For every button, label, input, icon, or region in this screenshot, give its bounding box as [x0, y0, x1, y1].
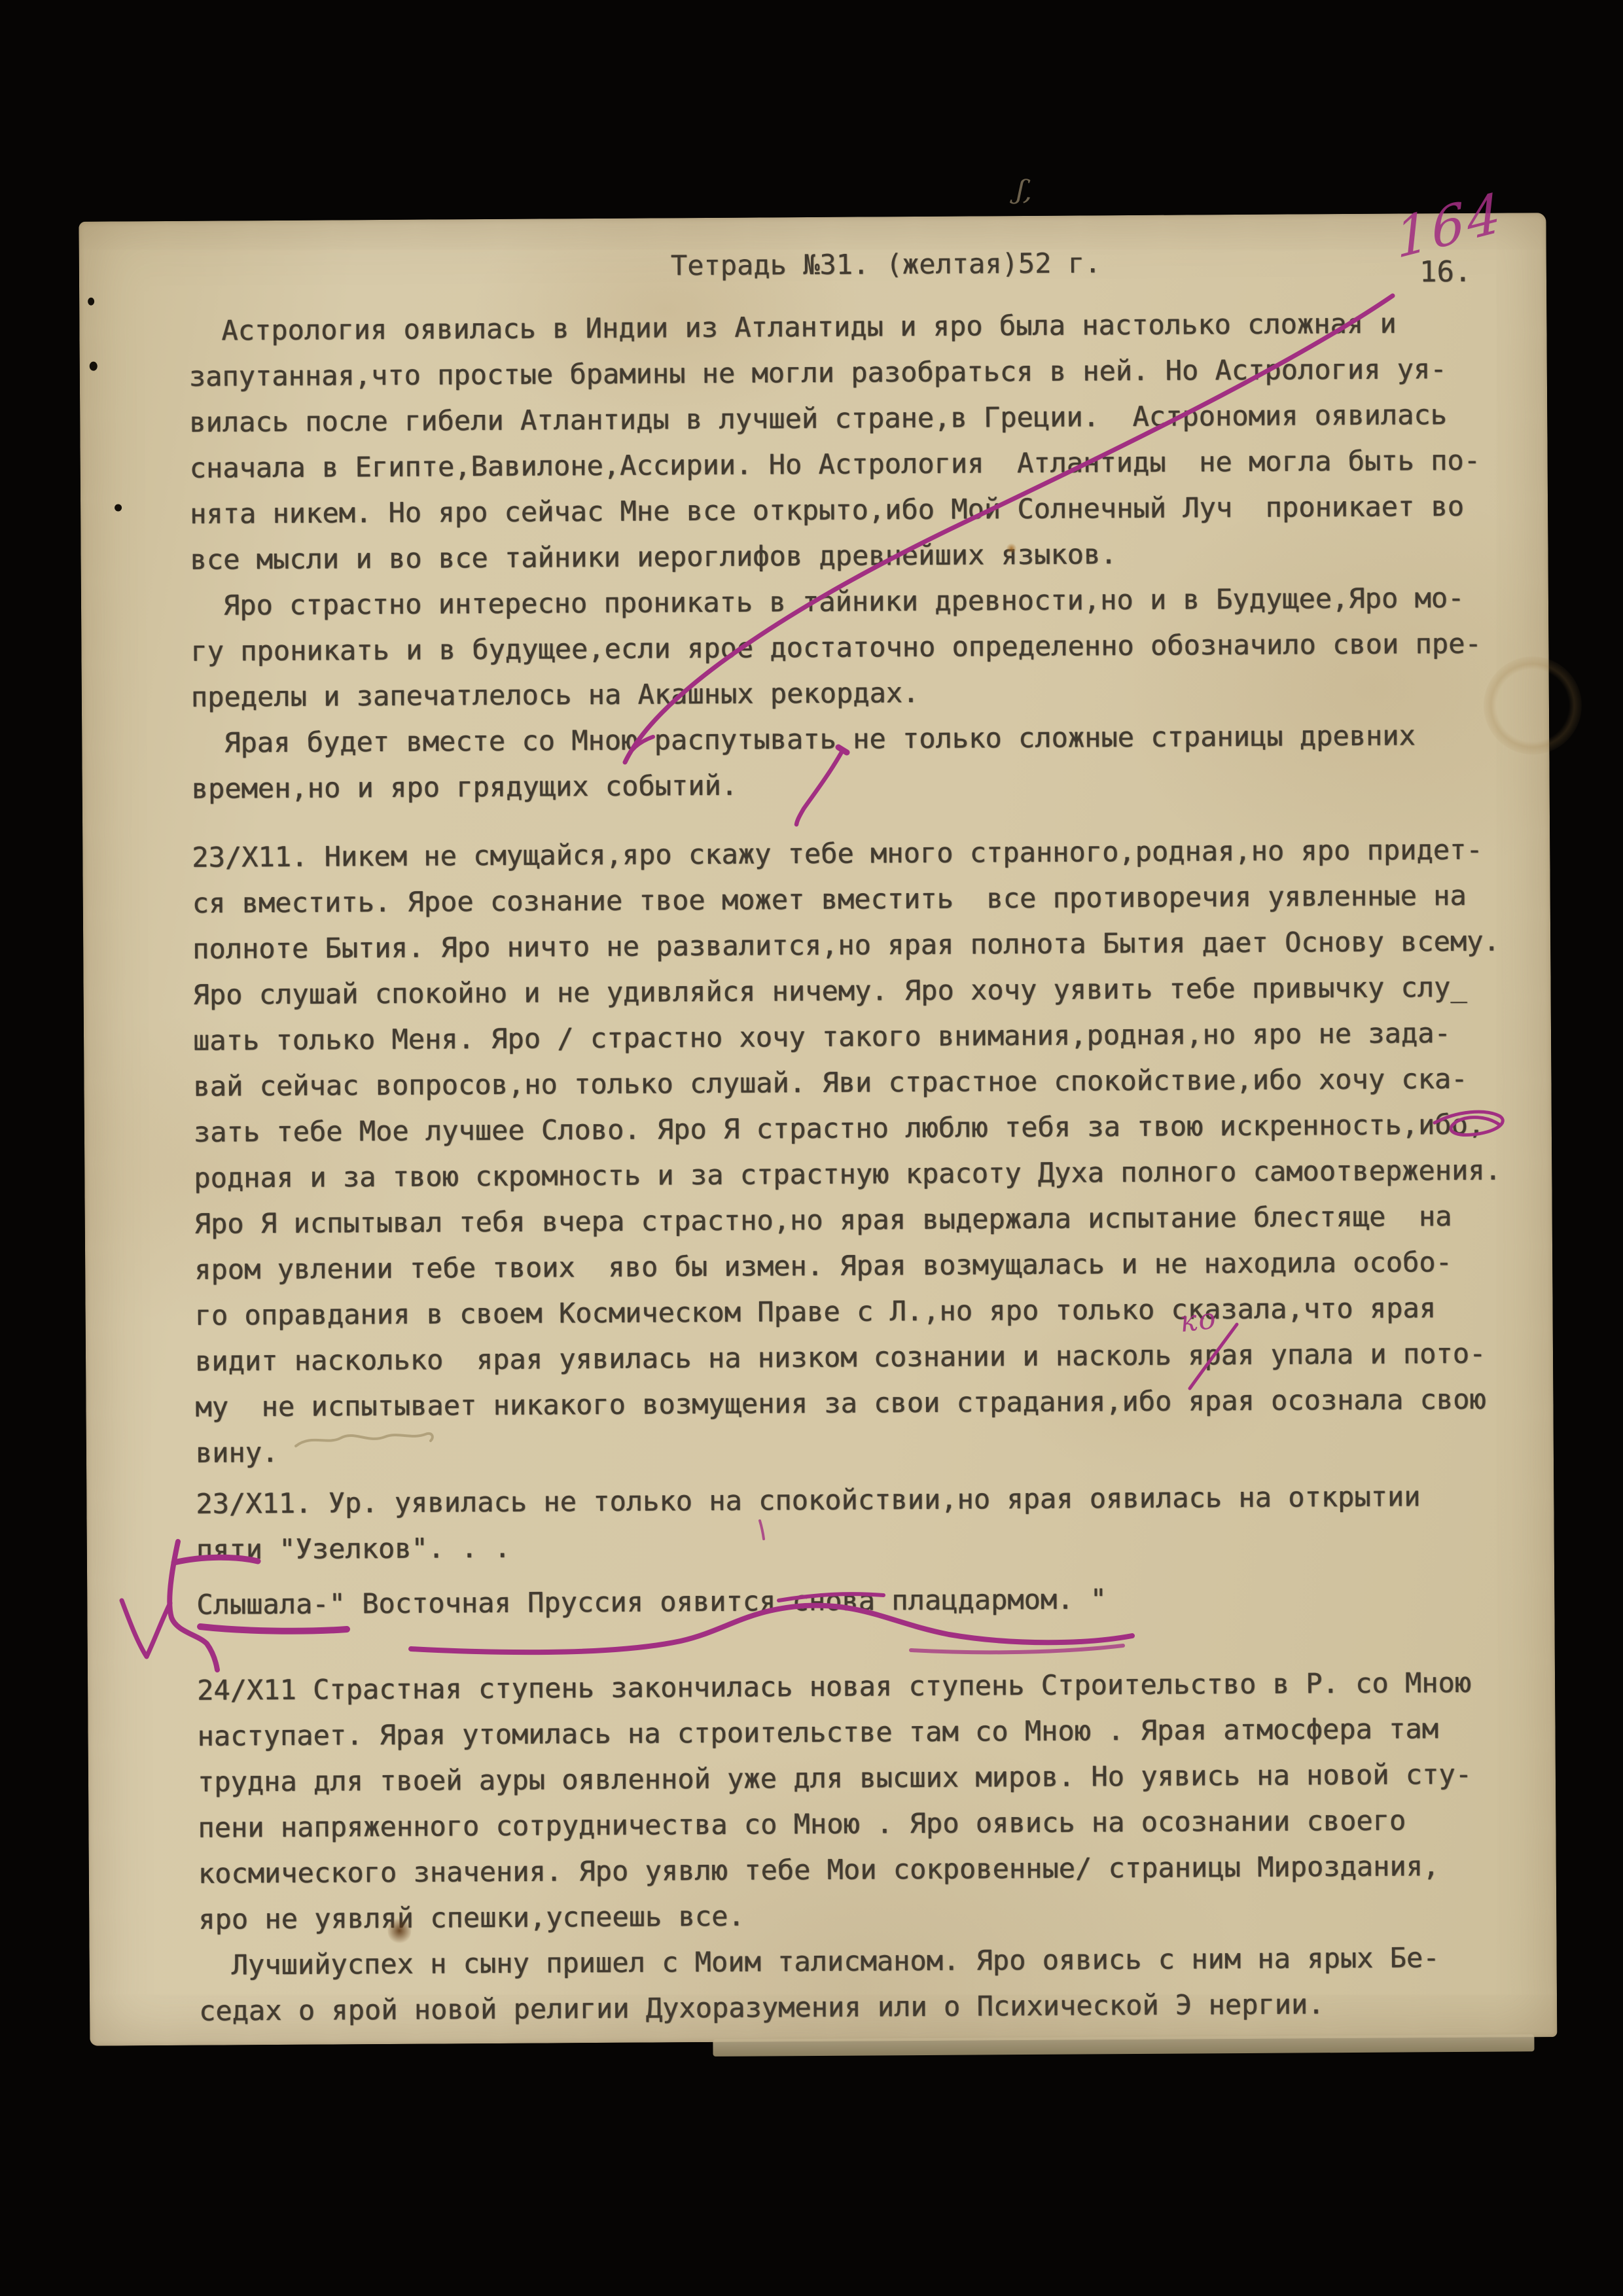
typed-text-line: вину.: [196, 1422, 1544, 1476]
paragraph: 23/Х11. Никем не смущайся,яро скажу тебе…: [192, 826, 1544, 1476]
scanned-document-stage: ʃ, Тетрадь №31. (желтая)52 г. 164 16. Ас…: [0, 0, 1623, 2296]
typed-text-line: времен,но и яро грядущих событий.: [191, 758, 1539, 812]
typed-text-line: му не испытывает никакого возмущения за …: [195, 1376, 1543, 1430]
typed-text-line: го оправдания в своем Космическом Праве …: [194, 1284, 1543, 1339]
typed-text-line: вай сейчас вопросов,но только слушай. Яв…: [193, 1055, 1541, 1110]
typed-text-line: нята никем. Но яро сейчас Мне все открыт…: [190, 483, 1538, 537]
typed-text-line: полноте Бытия. Яро ничто не развалится,н…: [192, 918, 1541, 972]
typed-page-number: 16.: [1419, 255, 1472, 289]
paragraph: Слышала-" Восточная Пруссия оявится снов…: [196, 1574, 1544, 1628]
typed-text-line: седах о ярой новой религии Духоразумения…: [199, 1980, 1547, 2034]
paragraph: Яро страстно интересно проникать в тайни…: [190, 574, 1539, 720]
typed-text-line: гу проникать и в будущее,если ярое доста…: [190, 620, 1539, 675]
typed-text-line: Яро Я испытывал тебя вчера страстно,но я…: [194, 1193, 1543, 1247]
paragraph: Лучшийуспех н сыну пришел с Моим талисма…: [198, 1934, 1547, 2034]
handwritten-insertion-ko: ко: [1178, 1301, 1219, 1339]
typed-text-line: Яро страстно интересно проникать в тайни…: [190, 574, 1539, 629]
typed-text-line: Яро слушай спокойно и не удивляйся ничем…: [192, 964, 1541, 1018]
typed-text-line: трудна для твоей ауры оявленной уже для …: [198, 1751, 1546, 1805]
paragraph: 23/Х11. Ур. уявилась не только на спокой…: [196, 1473, 1544, 1573]
typed-text-line: родная и за твою скромность и за страстн…: [194, 1147, 1542, 1201]
notebook-title: Тетрадь №31. (желтая)52 г.: [671, 247, 1101, 281]
typed-text-line: зать тебе Мое лучшее Слово. Яро Я страст…: [194, 1101, 1542, 1156]
typed-text-line: наступает. Ярая утомилась на строительст…: [197, 1705, 1545, 1759]
typed-text-line: пяти "Узелков". . .: [196, 1519, 1544, 1573]
typed-text-line: яро не уявляй спешки,успеешь все.: [198, 1888, 1546, 1943]
typed-text-block: Астрология оявилась в Индии из Атлантиды…: [188, 300, 1547, 2034]
typed-text-line: все мысли и во все тайники иероглифов др…: [190, 529, 1538, 583]
typed-text-line: пределы и запечатлелось на Акашных рекор…: [191, 666, 1539, 720]
typed-text-line: космического значения. Яро уявлю тебе Мо…: [198, 1843, 1546, 1897]
paragraph: Ярая будет вместе со Мною распутывать не…: [191, 712, 1540, 812]
typed-text-line: 23/Х11. Никем не смущайся,яро скажу тебе…: [192, 826, 1540, 881]
typed-text-line: Астрология оявилась в Индии из Атлантиды…: [188, 300, 1537, 354]
typed-text-line: пени напряженного сотрудничества со Мною…: [198, 1797, 1546, 1851]
typed-text-line: 24/Х11 Страстная ступень закончилась нов…: [197, 1659, 1545, 1714]
typed-text-line: Слышала-" Восточная Пруссия оявится снов…: [196, 1574, 1544, 1628]
typed-text-line: 23/Х11. Ур. уявилась не только на спокой…: [196, 1473, 1544, 1527]
typed-text-line: Лучшийуспех н сыну пришел с Моим талисма…: [198, 1934, 1546, 1988]
pencil-top-mark: ʃ,: [1014, 173, 1036, 207]
typed-text-line: вилась после гибели Атлантиды в лучшей с…: [189, 391, 1537, 446]
paragraph: 24/Х11 Страстная ступень закончилась нов…: [197, 1659, 1547, 1943]
typed-text-line: шать только Меня. Яро / страстно хочу та…: [193, 1010, 1541, 1064]
paragraph: Астрология оявилась в Индии из Атлантиды…: [188, 300, 1539, 583]
typed-text-line: яром увлении тебе твоих яво бы измен. Яр…: [194, 1239, 1543, 1293]
typed-text-line: запутанная,что простые брамины не могли …: [189, 345, 1537, 400]
typed-text-line: видит насколько ярая уявилась на низком …: [195, 1330, 1543, 1385]
scan-tilt-wrapper: ʃ, Тетрадь №31. (желтая)52 г. 164 16. Ас…: [0, 0, 1623, 2296]
typed-text-line: Ярая будет вместе со Мною распутывать не…: [191, 712, 1539, 766]
typed-text-line: сначала в Египте,Вавилоне,Ассирии. Но Ас…: [189, 437, 1537, 491]
typed-text-line: ся вместить. Ярое сознание твое может вм…: [192, 872, 1541, 927]
